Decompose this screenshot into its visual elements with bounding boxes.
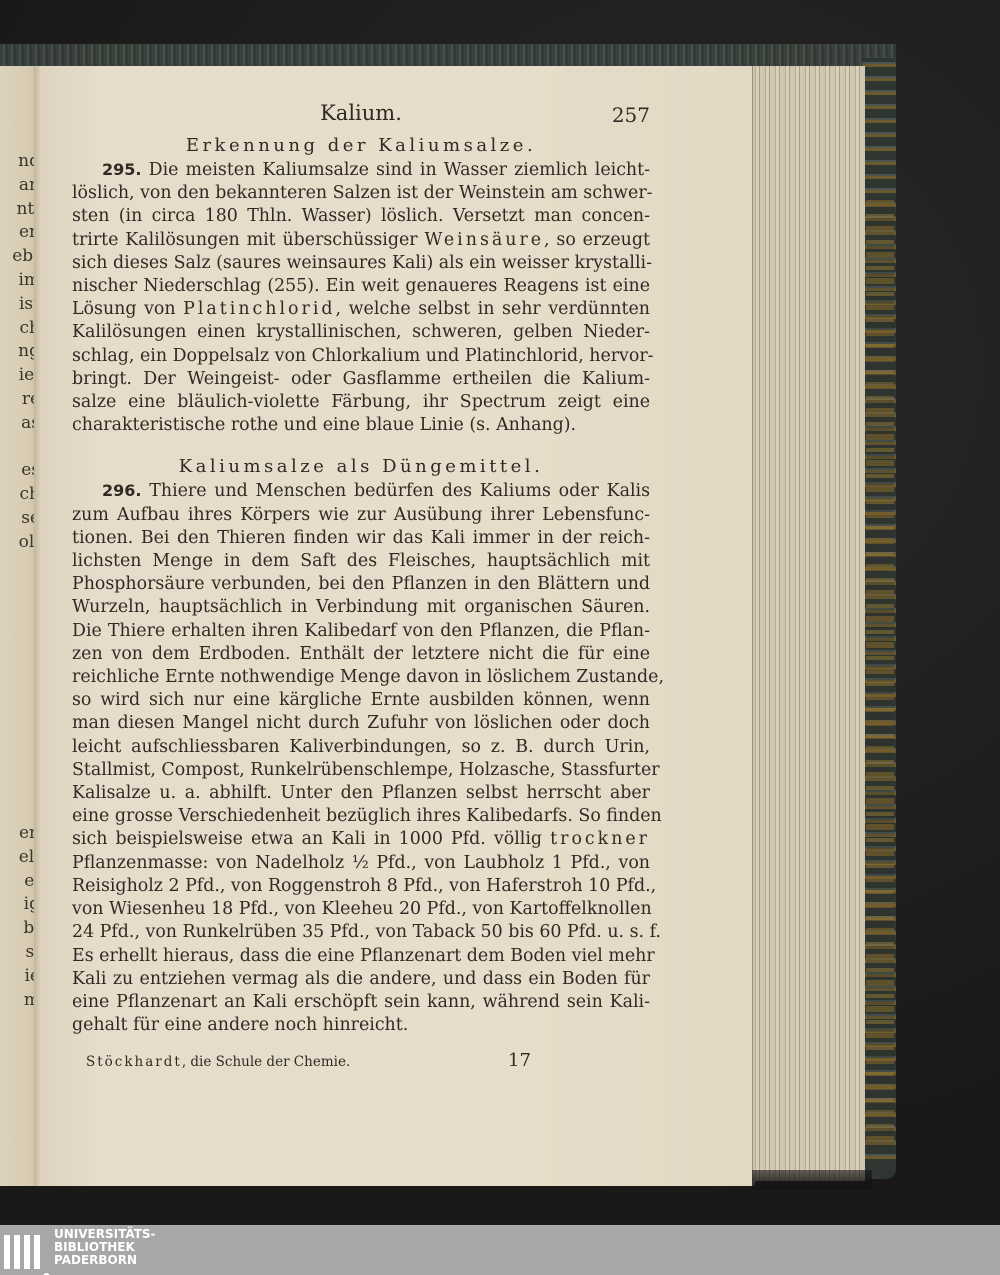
text-line: 295. Die meisten Kaliumsalze sind in Was… — [72, 158, 650, 182]
text-run: reichliche Ernte nothwendige Menge davon… — [72, 667, 664, 687]
text-line: 24 Pfd., von Runkelrüben 35 Pfd., von Ta… — [72, 921, 650, 944]
section-title-1: Erkennung der Kaliumsalze. — [72, 134, 650, 158]
text-line: sten (in circa 180 Thln. Wasser) löslich… — [72, 205, 650, 228]
text-run: Die meisten Kaliumsalze sind in Wasser z… — [149, 160, 650, 180]
signature-author-name: Stöckhardt — [86, 1054, 182, 1070]
text-run: zum Aufbau ihres Körpers wie zur Ausübun… — [72, 505, 650, 525]
text-run: leicht aufschliessbaren Kaliverbindungen… — [72, 737, 650, 757]
text-run: nischer Niederschlag (255). Ein weit gen… — [72, 276, 650, 296]
text-run: Die Thiere erhalten ihren Kalibedarf von… — [72, 621, 650, 641]
text-run: Kalisalze u. a. abhilft. Unter den Pflan… — [72, 783, 650, 803]
text-run: sich dieses Salz (saures weinsaures Kali… — [72, 253, 652, 273]
text-line: tionen. Bei den Thieren finden wir das K… — [72, 527, 650, 550]
text-line: Kali zu entziehen vermag als die andere,… — [72, 968, 650, 991]
running-head: Kalium. 257 — [72, 100, 650, 134]
text-run: , welche selbst in sehr verdünnten — [336, 299, 650, 319]
text-line: man diesen Mangel nicht durch Zufuhr von… — [72, 712, 650, 735]
text-run: sten (in circa 180 Thln. Wasser) löslich… — [72, 206, 650, 226]
logo-line-3: PADERBORN — [54, 1254, 156, 1267]
signature-line: Stöckhardt, die Schule der Chemie. 17 — [72, 1051, 650, 1075]
library-logo-text: UNIVERSITÄTS- BIBLIOTHEK PADERBORN — [54, 1228, 156, 1267]
text-line: Reisigholz 2 Pfd., von Roggenstroh 8 Pfd… — [72, 875, 650, 898]
emphasized-term: Weinsäure — [424, 230, 544, 250]
text-line: Phosphorsäure verbunden, bei den Pflanze… — [72, 573, 650, 596]
text-line: gehalt für eine andere noch hinreicht. — [72, 1014, 650, 1037]
text-line: Pflanzenmasse: von Nadelholz ½ Pfd., von… — [72, 852, 650, 875]
text-line: Es erhellt hieraus, dass die eine Pflanz… — [72, 945, 650, 968]
text-line: löslich, von den bekannteren Salzen ist … — [72, 182, 650, 205]
text-line: bringt. Der Weingeist- oder Gasflamme er… — [72, 368, 650, 391]
text-line: schlag, ein Doppelsalz von Chlorkalium u… — [72, 345, 650, 368]
emphasized-term: trockner — [550, 829, 650, 849]
text-run: sich beispielsweise etwa an Kali in 1000… — [72, 829, 550, 849]
library-logo-bar: UNIVERSITÄTS- BIBLIOTHEK PADERBORN — [0, 1225, 1000, 1275]
text-line: zen von dem Erdboden. Enthält der letzte… — [72, 643, 650, 666]
text-run: zen von dem Erdboden. Enthält der letzte… — [72, 644, 650, 664]
text-line: trirte Kalilösungen mit überschüssiger W… — [72, 229, 650, 252]
text-line: Lösung von Platinchlorid, welche selbst … — [72, 298, 650, 321]
text-run: Lösung von — [72, 299, 183, 319]
text-line: charakteristische rothe und eine blaue L… — [72, 414, 650, 437]
emphasized-term: Platinchlorid — [183, 299, 335, 319]
text-run: eine Pflanzenart an Kali erschöpft sein … — [72, 992, 650, 1012]
text-run: Stallmist, Compost, Runkelrübenschlempe,… — [72, 760, 660, 780]
text-line: eine Pflanzenart an Kali erschöpft sein … — [72, 991, 650, 1014]
text-line: Kalisalze u. a. abhilft. Unter den Pflan… — [72, 782, 650, 805]
text-run: Kalilösungen einen krystallinischen, sch… — [72, 322, 650, 342]
text-line: lichsten Menge in dem Saft des Fleisches… — [72, 550, 650, 573]
text-run: Thiere und Menschen bedürfen des Kaliums… — [149, 481, 650, 501]
text-run: so wird sich nur eine kärgliche Ernte au… — [72, 690, 650, 710]
text-line: von Wiesenheu 18 Pfd., von Kleeheu 20 Pf… — [72, 898, 650, 921]
page-edges-stack — [752, 66, 865, 1181]
page-number: 257 — [612, 104, 650, 127]
text-run: tionen. Bei den Thieren finden wir das K… — [72, 528, 650, 548]
text-run: 24 Pfd., von Runkelrüben 35 Pfd., von Ta… — [72, 922, 661, 942]
text-run: Reisigholz 2 Pfd., von Roggenstroh 8 Pfd… — [72, 876, 656, 896]
signature-author: Stöckhardt, die Schule der Chemie. — [86, 1051, 350, 1074]
text-run: , so erzeugt — [544, 230, 650, 250]
text-run: charakteristische rothe und eine blaue L… — [72, 415, 576, 435]
library-logo-icon — [4, 1235, 44, 1275]
text-line: Die Thiere erhalten ihren Kalibedarf von… — [72, 620, 650, 643]
text-run: eine grosse Verschiedenheit bezüglich ih… — [72, 806, 662, 826]
text-line: zum Aufbau ihres Körpers wie zur Ausübun… — [72, 504, 650, 527]
text-run: man diesen Mangel nicht durch Zufuhr von… — [72, 713, 650, 733]
paragraph-number: 296. — [102, 481, 149, 500]
paragraph-number: 295. — [102, 160, 149, 179]
signature-book-title: , die Schule der Chemie. — [182, 1054, 350, 1070]
text-run: Kali zu entziehen vermag als die andere,… — [72, 969, 650, 989]
text-run: bringt. Der Weingeist- oder Gasflamme er… — [72, 369, 650, 389]
text-run: Pflanzenmasse: von Nadelholz ½ Pfd., von… — [72, 853, 650, 873]
text-run: von Wiesenheu 18 Pfd., von Kleeheu 20 Pf… — [72, 899, 652, 919]
page-stack-shadow — [752, 1170, 872, 1190]
text-line: Stallmist, Compost, Runkelrübenschlempe,… — [72, 759, 650, 782]
text-line: leicht aufschliessbaren Kaliverbindungen… — [72, 736, 650, 759]
paragraph-295: 295. Die meisten Kaliumsalze sind in Was… — [72, 158, 650, 437]
text-line: nischer Niederschlag (255). Ein weit gen… — [72, 275, 650, 298]
running-head-title: Kalium. — [72, 102, 650, 125]
text-line: 296. Thiere und Menschen bedürfen des Ka… — [72, 479, 650, 503]
text-run: schlag, ein Doppelsalz von Chlorkalium u… — [72, 346, 654, 366]
signature-sheet-number: 17 — [508, 1049, 531, 1072]
text-line: salze eine bläulich-violette Färbung, ih… — [72, 391, 650, 414]
text-run: Wurzeln, hauptsächlich in Verbindung mit… — [72, 597, 650, 617]
text-run: salze eine bläulich-violette Färbung, ih… — [72, 392, 650, 412]
book-cover-top-edge — [0, 44, 896, 66]
text-line: Kalilösungen einen krystallinischen, sch… — [72, 321, 650, 344]
text-run: löslich, von den bekannteren Salzen ist … — [72, 183, 653, 203]
text-run: lichsten Menge in dem Saft des Fleisches… — [72, 551, 650, 571]
section-title-2: Kaliumsalze als Düngemittel. — [72, 455, 650, 479]
text-line: so wird sich nur eine kärgliche Ernte au… — [72, 689, 650, 712]
text-line: reichliche Ernte nothwendige Menge davon… — [72, 666, 650, 689]
text-line: sich dieses Salz (saures weinsaures Kali… — [72, 252, 650, 275]
page-text-block: Kalium. 257 Erkennung der Kaliumsalze. 2… — [72, 100, 650, 1075]
text-run: trirte Kalilösungen mit überschüssiger — [72, 230, 424, 250]
book-cover-worn-edge — [866, 200, 894, 1150]
text-run: Phosphorsäure verbunden, bei den Pflanze… — [72, 574, 650, 594]
paragraph-296: 296. Thiere und Menschen bedürfen des Ka… — [72, 479, 650, 1037]
text-line: eine grosse Verschiedenheit bezüglich ih… — [72, 805, 650, 828]
text-run: Es erhellt hieraus, dass die eine Pflanz… — [72, 946, 655, 966]
text-line: sich beispielsweise etwa an Kali in 1000… — [72, 828, 650, 851]
text-run: gehalt für eine andere noch hinreicht. — [72, 1015, 408, 1035]
text-line: Wurzeln, hauptsächlich in Verbindung mit… — [72, 596, 650, 619]
